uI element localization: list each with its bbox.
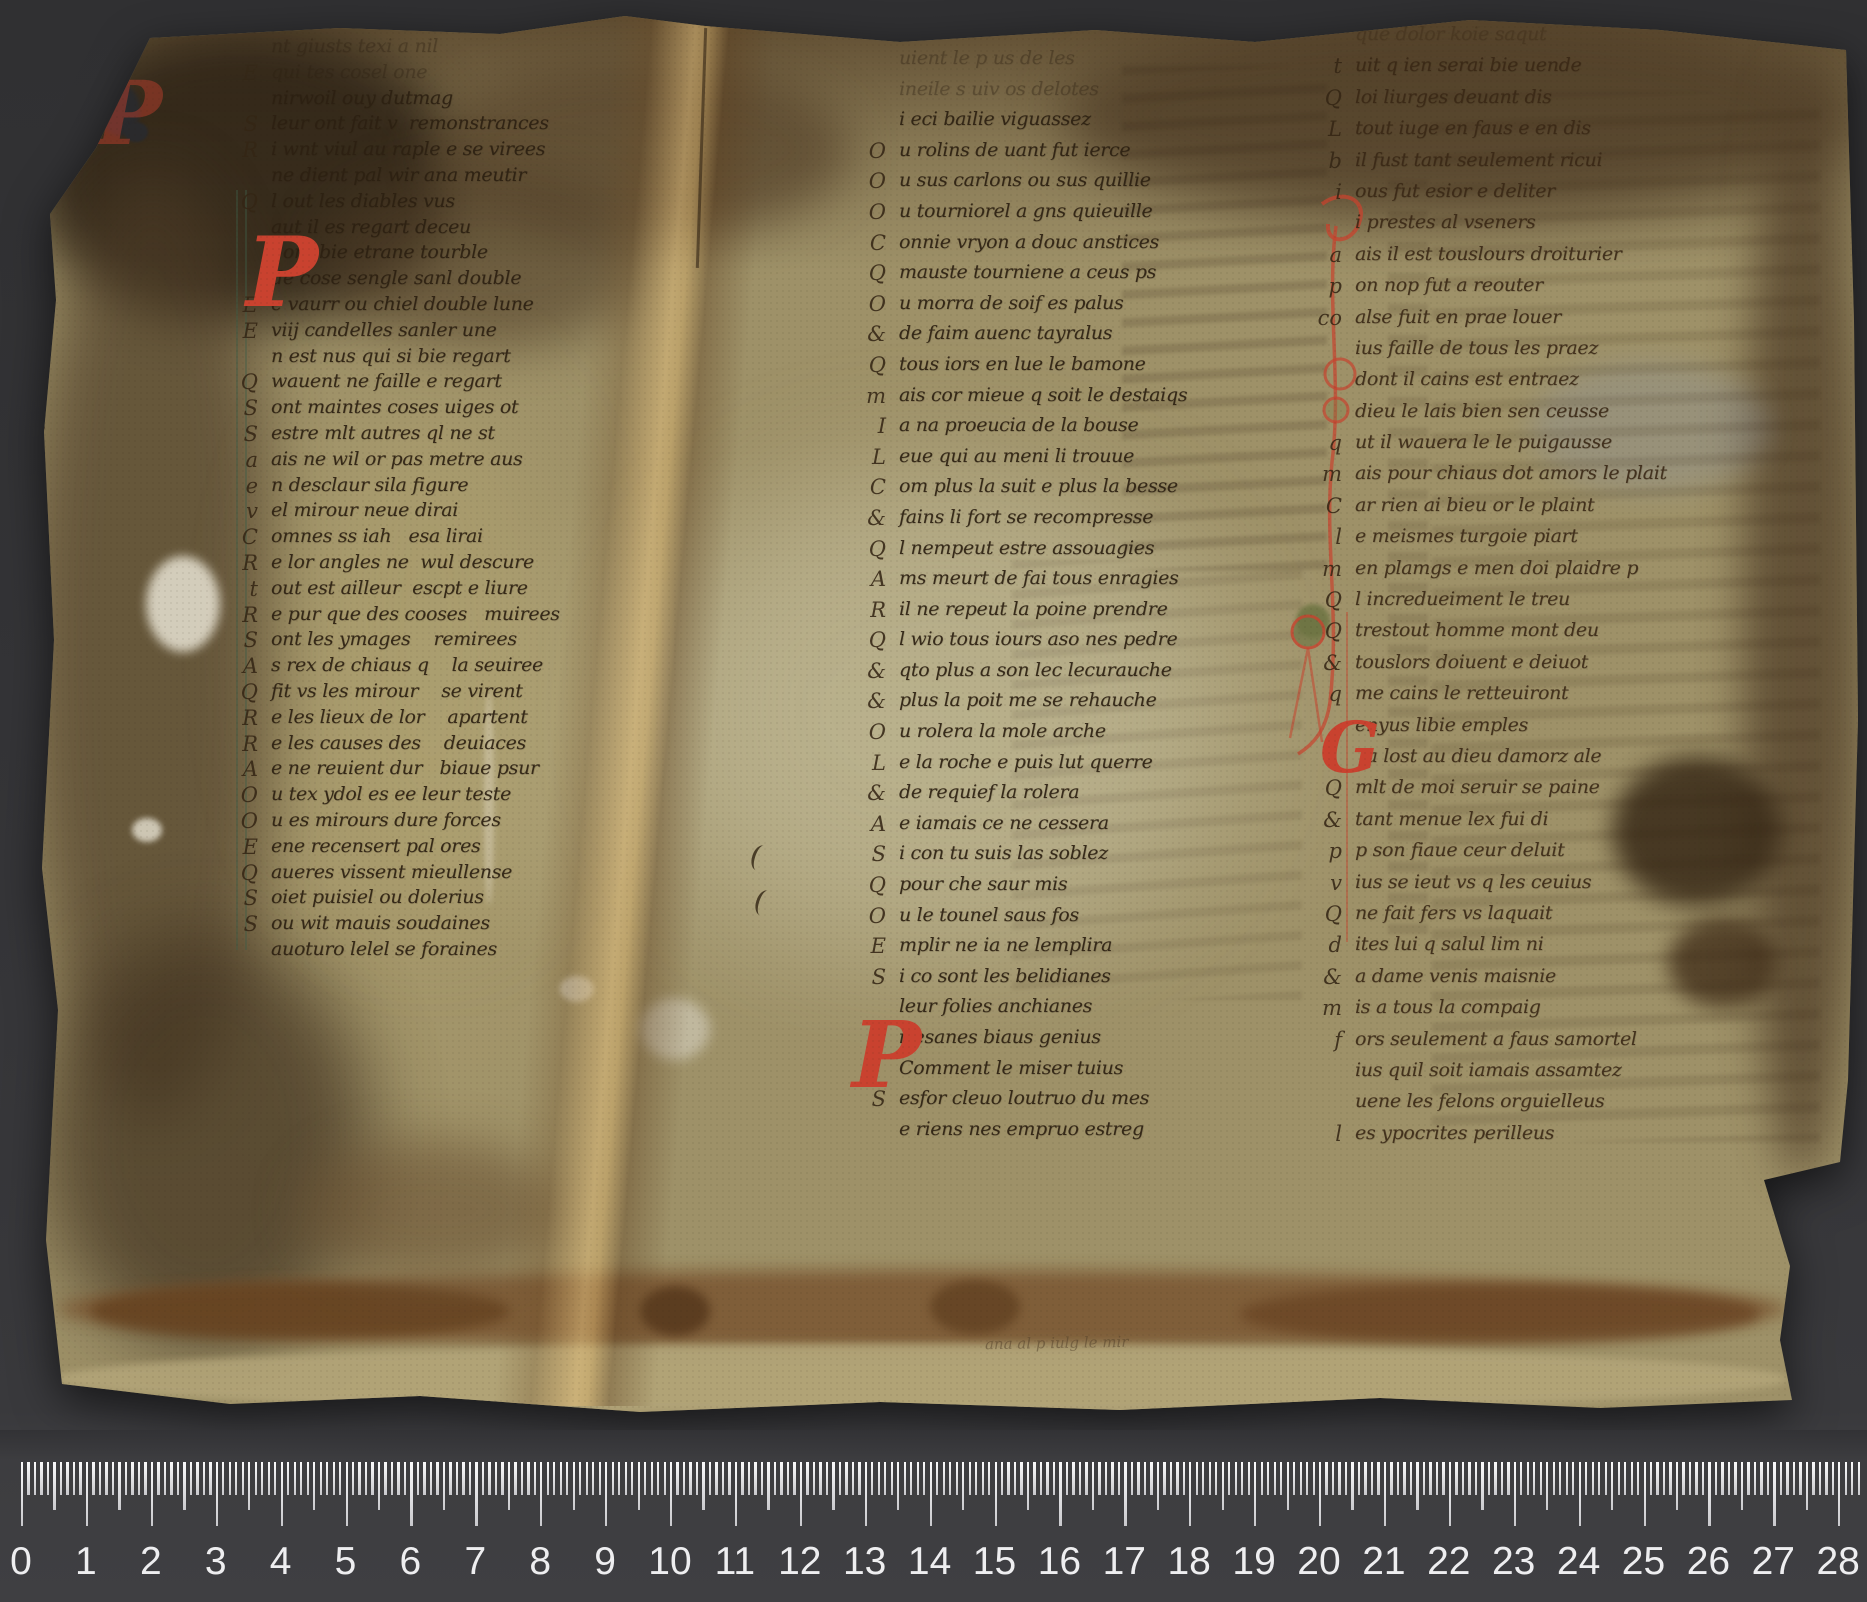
- ruler-tick: [1851, 1462, 1853, 1495]
- ruler-tick: [761, 1462, 763, 1495]
- ruler-tick: [540, 1462, 542, 1526]
- ruler-tick: [501, 1462, 503, 1495]
- ruler-tick: [1663, 1462, 1665, 1495]
- ruler-number: 6: [400, 1542, 422, 1581]
- ruler-tick: [1598, 1462, 1600, 1495]
- ruler-tick: [1825, 1462, 1827, 1495]
- edge-text-fragment: gut: [4, 176, 36, 195]
- ruler-tick: [806, 1462, 808, 1495]
- ruler-tick: [1150, 1462, 1152, 1495]
- ruler-tick: [1838, 1462, 1840, 1526]
- ruler-tick: [995, 1462, 997, 1526]
- ruler-tick: [930, 1462, 932, 1526]
- ruler-number: 23: [1492, 1542, 1535, 1581]
- ruler-tick: [352, 1462, 354, 1495]
- ruler-tick: [793, 1462, 795, 1495]
- ruler-tick: [1462, 1462, 1464, 1495]
- ruler-tick: [1721, 1462, 1723, 1495]
- ruler-tick: [1274, 1462, 1276, 1495]
- ruler-tick: [92, 1462, 94, 1495]
- ruler-tick: [1747, 1462, 1749, 1495]
- ruler-tick: [1475, 1462, 1477, 1495]
- ruler-tick: [1715, 1462, 1717, 1495]
- ruler-tick: [715, 1462, 717, 1495]
- ruler-tick: [79, 1462, 81, 1495]
- ruler-tick: [1345, 1462, 1347, 1495]
- ruler-tick: [670, 1462, 672, 1526]
- ruler-tick: [475, 1462, 477, 1526]
- ruler-tick: [1092, 1462, 1094, 1510]
- ruler-tick: [73, 1462, 75, 1495]
- ruler-tick: [754, 1462, 756, 1495]
- ruler-tick: [871, 1462, 873, 1495]
- ruler-tick: [780, 1462, 782, 1495]
- ruler-tick: [1209, 1462, 1211, 1495]
- ruler-tick: [255, 1462, 257, 1495]
- ruler-tick: [1033, 1462, 1035, 1495]
- ruler-number: 15: [973, 1542, 1016, 1581]
- ruler-tick: [1079, 1462, 1081, 1495]
- ruler-tick: [1105, 1462, 1107, 1495]
- ruler-tick: [1780, 1462, 1782, 1495]
- ruler-tick: [1267, 1462, 1269, 1495]
- ruler-tick: [1734, 1462, 1736, 1495]
- ruler-tick: [281, 1462, 283, 1526]
- ruler-tick: [1066, 1462, 1068, 1495]
- ruler-tick: [1001, 1462, 1003, 1495]
- ruler-tick: [1059, 1462, 1061, 1526]
- ruler-tick: [943, 1462, 945, 1495]
- ruler-tick: [1540, 1462, 1542, 1495]
- ruler-tick: [1293, 1462, 1295, 1495]
- ruler-tick: [1170, 1462, 1172, 1495]
- ruler-tick: [1773, 1462, 1775, 1526]
- ruler-tick: [1228, 1462, 1230, 1495]
- ruler-tick: [1624, 1462, 1626, 1495]
- ruler-tick: [1611, 1462, 1613, 1510]
- ruler-tick: [1481, 1462, 1483, 1510]
- ruler-tick: [1416, 1462, 1418, 1510]
- ruler-tick: [151, 1462, 153, 1526]
- ruler-tick: [1098, 1462, 1100, 1495]
- ruler-tick: [1085, 1462, 1087, 1495]
- ruler-tick: [105, 1462, 107, 1495]
- ruler-tick: [1708, 1462, 1710, 1526]
- ruler-tick: [1163, 1462, 1165, 1495]
- ruler-number: 17: [1103, 1542, 1146, 1581]
- ruler-tick: [1403, 1462, 1405, 1495]
- ruler-tick: [1514, 1462, 1516, 1526]
- ruler-tick: [657, 1462, 659, 1495]
- ruler-tick: [1501, 1462, 1503, 1495]
- ruler-tick: [1040, 1462, 1042, 1495]
- ruler-tick: [209, 1462, 211, 1495]
- ruler-number: 9: [594, 1542, 616, 1581]
- ruler-tick: [274, 1462, 276, 1495]
- ruler-tick: [268, 1462, 270, 1495]
- ruler-tick: [1533, 1462, 1535, 1495]
- ruler-tick: [404, 1462, 406, 1495]
- ruler-tick: [1319, 1462, 1321, 1526]
- ruler-tick: [1157, 1462, 1159, 1510]
- ruler-tick: [553, 1462, 555, 1495]
- parchment-sheet: nt giusts texi a nilEqui tes cosel oneni…: [0, 0, 1867, 1602]
- ruler-tick: [131, 1462, 133, 1495]
- ruler-tick: [443, 1462, 445, 1510]
- ruler-tick: [1695, 1462, 1697, 1495]
- ruler-tick: [592, 1462, 594, 1495]
- ruler-tick: [66, 1462, 68, 1495]
- ruler-number: 14: [908, 1542, 951, 1581]
- ruler-tick: [1520, 1462, 1522, 1495]
- ruler-tick: [183, 1462, 185, 1510]
- ruler-tick: [962, 1462, 964, 1510]
- ruler-tick: [1371, 1462, 1373, 1495]
- ruler-tick: [1858, 1462, 1860, 1495]
- ruler-tick: [1806, 1462, 1808, 1510]
- ruler-tick: [1338, 1462, 1340, 1495]
- ruler-number: 21: [1362, 1542, 1405, 1581]
- ruler: 0123456789101112131415161718192021222324…: [0, 1430, 1867, 1602]
- ruler-tick: [1682, 1462, 1684, 1495]
- ruler-tick: [936, 1462, 938, 1495]
- ruler-tick: [1845, 1462, 1847, 1495]
- ruler-tick: [1579, 1462, 1581, 1526]
- ruler-tick: [157, 1462, 159, 1495]
- ruler-tick: [884, 1462, 886, 1495]
- ruler-tick: [1760, 1462, 1762, 1495]
- ruler-tick: [676, 1462, 678, 1495]
- ruler-tick: [449, 1462, 451, 1495]
- ruler-tick: [605, 1462, 607, 1526]
- ruler-tick: [1072, 1462, 1074, 1495]
- ruler-number: 13: [843, 1542, 886, 1581]
- ruler-number: 8: [529, 1542, 551, 1581]
- parchment-grain: [0, 0, 1867, 1602]
- ruler-tick: [709, 1462, 711, 1495]
- ruler-tick: [300, 1462, 302, 1495]
- ruler-tick: [1637, 1462, 1639, 1495]
- ruler-tick: [547, 1462, 549, 1495]
- ruler-tick: [1553, 1462, 1555, 1495]
- ruler-tick: [638, 1462, 640, 1510]
- ruler-tick: [488, 1462, 490, 1495]
- ruler-tick: [1377, 1462, 1379, 1495]
- ruler-tick: [1754, 1462, 1756, 1495]
- ruler-tick: [579, 1462, 581, 1495]
- ruler-number: 24: [1557, 1542, 1600, 1581]
- ruler-tick: [975, 1462, 977, 1495]
- ruler-tick: [229, 1462, 231, 1495]
- ruler-tick: [767, 1462, 769, 1510]
- ruler-tick: [1436, 1462, 1438, 1495]
- ruler-tick: [741, 1462, 743, 1495]
- ruler-tick: [177, 1462, 179, 1495]
- ruler-tick: [99, 1462, 101, 1495]
- ruler-tick: [60, 1462, 62, 1495]
- ruler-tick: [287, 1462, 289, 1495]
- edge-text-fragment: iere: [4, 246, 42, 265]
- ruler-tick: [1027, 1462, 1029, 1510]
- ruler-tick: [326, 1462, 328, 1495]
- ruler-number: 0: [10, 1542, 32, 1581]
- ruler-tick: [566, 1462, 568, 1495]
- ruler-tick: [216, 1462, 218, 1526]
- ruler-tick: [865, 1462, 867, 1526]
- ruler-tick: [1222, 1462, 1224, 1510]
- ruler-number: 12: [778, 1542, 821, 1581]
- digitized-manuscript-photo: nt giusts texi a nilEqui tes cosel oneni…: [0, 0, 1867, 1602]
- ruler-tick: [1429, 1462, 1431, 1495]
- ruler-tick: [1007, 1462, 1009, 1495]
- ruler-tick: [118, 1462, 120, 1510]
- ruler-tick: [333, 1462, 335, 1495]
- ruler-number: 7: [464, 1542, 486, 1581]
- ruler-tick: [430, 1462, 432, 1495]
- ruler-number: 22: [1427, 1542, 1470, 1581]
- ruler-tick: [573, 1462, 575, 1510]
- ruler-tick: [852, 1462, 854, 1495]
- ruler-tick: [1014, 1462, 1016, 1495]
- ruler-tick: [1767, 1462, 1769, 1495]
- ruler-tick: [1306, 1462, 1308, 1495]
- ruler-tick: [722, 1462, 724, 1495]
- ruler-tick: [982, 1462, 984, 1495]
- ruler-tick: [1546, 1462, 1548, 1510]
- ruler-tick: [1118, 1462, 1120, 1495]
- ruler-tick: [261, 1462, 263, 1495]
- ruler-number: 11: [715, 1542, 756, 1581]
- ruler-tick: [631, 1462, 633, 1495]
- ruler-tick: [384, 1462, 386, 1495]
- ruler-tick: [800, 1462, 802, 1526]
- edge-text-fragment: bles: [4, 348, 43, 367]
- edge-text-fragment: e: [4, 282, 15, 301]
- ruler-tick: [417, 1462, 419, 1495]
- ruler-tick: [1799, 1462, 1801, 1495]
- ruler-tick: [423, 1462, 425, 1495]
- ruler-tick: [365, 1462, 367, 1495]
- ruler-tick: [1644, 1462, 1646, 1526]
- ruler-tick: [949, 1462, 951, 1495]
- ruler-tick: [320, 1462, 322, 1495]
- ruler-tick: [917, 1462, 919, 1495]
- edge-text-fragment: gnie: [4, 420, 46, 439]
- ruler-tick: [436, 1462, 438, 1495]
- ruler-tick: [1053, 1462, 1055, 1495]
- ruler-tick: [1287, 1462, 1289, 1510]
- ruler-tick: [1559, 1462, 1561, 1495]
- ruler-tick: [1507, 1462, 1509, 1495]
- ruler-tick: [1111, 1462, 1113, 1495]
- ruler-tick: [664, 1462, 666, 1495]
- ruler-tick: [683, 1462, 685, 1495]
- ruler-tick: [1384, 1462, 1386, 1526]
- ruler-tick: [86, 1462, 88, 1526]
- ruler-tick: [1468, 1462, 1470, 1495]
- ruler-tick: [235, 1462, 237, 1495]
- ruler-tick: [170, 1462, 172, 1495]
- ruler-tick: [144, 1462, 146, 1495]
- ruler-tick: [112, 1462, 114, 1495]
- ruler-number: 25: [1622, 1542, 1665, 1581]
- ruler-tick: [1455, 1462, 1457, 1495]
- ruler-tick: [826, 1462, 828, 1495]
- ruler-tick: [599, 1462, 601, 1495]
- parchment-surface: nt giusts texi a nilEqui tes cosel oneni…: [0, 0, 1867, 1602]
- ruler-tick: [1689, 1462, 1691, 1495]
- ruler-tick: [125, 1462, 127, 1495]
- ruler-tick: [1196, 1462, 1198, 1495]
- ruler-tick: [1364, 1462, 1366, 1495]
- ruler-tick: [923, 1462, 925, 1495]
- ruler-tick: [462, 1462, 464, 1495]
- edge-text-fragment: blez: [4, 382, 44, 401]
- ruler-tick: [774, 1462, 776, 1495]
- ruler-number: 16: [1038, 1542, 1081, 1581]
- stain: [66, 42, 124, 86]
- ruler-tick: [904, 1462, 906, 1495]
- ruler-tick: [1702, 1462, 1704, 1495]
- ruler-tick: [1137, 1462, 1139, 1495]
- ruler-tick: [969, 1462, 971, 1495]
- ruler-tick: [34, 1462, 36, 1495]
- edge-text-fragment: aeit: [4, 212, 40, 231]
- ruler-tick: [1572, 1462, 1574, 1495]
- ruler-tick: [378, 1462, 380, 1510]
- ruler-tick: [1605, 1462, 1607, 1495]
- ruler-tick: [839, 1462, 841, 1495]
- ruler-tick: [689, 1462, 691, 1495]
- ruler-number: 2: [140, 1542, 162, 1581]
- ruler-tick: [521, 1462, 523, 1495]
- ruler-tick: [1527, 1462, 1529, 1495]
- ruler-number: 10: [648, 1542, 691, 1581]
- ruler-tick: [1656, 1462, 1658, 1495]
- ruler-tick: [1358, 1462, 1360, 1495]
- ruler-tick: [138, 1462, 140, 1495]
- ruler-tick: [644, 1462, 646, 1495]
- ruler-tick: [40, 1462, 42, 1495]
- ruler-tick: [1631, 1462, 1633, 1495]
- ruler-tick: [1261, 1462, 1263, 1495]
- ruler-tick: [1046, 1462, 1048, 1495]
- ruler-number: 26: [1687, 1542, 1730, 1581]
- ruler-tick: [988, 1462, 990, 1495]
- ruler-tick: [1618, 1462, 1620, 1495]
- ruler-tick: [410, 1462, 412, 1526]
- ruler-tick: [294, 1462, 296, 1495]
- ruler-tick: [1144, 1462, 1146, 1495]
- ruler-tick: [1786, 1462, 1788, 1495]
- ruler-tick: [313, 1462, 315, 1510]
- ruler-number: 19: [1232, 1542, 1275, 1581]
- ruler-tick: [1300, 1462, 1302, 1495]
- ruler-tick: [222, 1462, 224, 1495]
- ruler-tick: [1397, 1462, 1399, 1495]
- ruler-tick: [514, 1462, 516, 1495]
- ruler-tick: [1351, 1462, 1353, 1510]
- ruler-tick: [1812, 1462, 1814, 1495]
- ruler-tick: [735, 1462, 737, 1526]
- ruler-tick: [1215, 1462, 1217, 1495]
- ruler-tick: [307, 1462, 309, 1495]
- ruler-tick: [696, 1462, 698, 1495]
- ruler-tick: [456, 1462, 458, 1495]
- ruler-tick: [469, 1462, 471, 1495]
- ruler-tick: [1488, 1462, 1490, 1495]
- ruler-tick: [1741, 1462, 1743, 1510]
- ruler-tick: [1124, 1462, 1126, 1526]
- ruler-tick: [586, 1462, 588, 1495]
- ruler-tick: [495, 1462, 497, 1495]
- ruler-tick: [832, 1462, 834, 1510]
- ruler-tick: [1566, 1462, 1568, 1495]
- ruler-number: 3: [205, 1542, 227, 1581]
- ruler-tick: [371, 1462, 373, 1495]
- ruler-tick: [1131, 1462, 1133, 1495]
- ruler-tick: [1176, 1462, 1178, 1495]
- ruler-tick: [1423, 1462, 1425, 1495]
- ruler-tick: [702, 1462, 704, 1510]
- ruler-tick: [1248, 1462, 1250, 1495]
- ruler-tick: [27, 1462, 29, 1495]
- ruler-number: 27: [1752, 1542, 1795, 1581]
- ruler-tick: [1020, 1462, 1022, 1495]
- ruler-tick: [339, 1462, 341, 1495]
- ruler-tick: [1585, 1462, 1587, 1495]
- ruler-tick: [482, 1462, 484, 1495]
- ruler-tick: [858, 1462, 860, 1495]
- ruler-tick: [527, 1462, 529, 1495]
- ruler-tick: [1325, 1462, 1327, 1495]
- ruler-tick: [47, 1462, 49, 1495]
- ruler-tick: [391, 1462, 393, 1495]
- ruler-tick: [508, 1462, 510, 1510]
- ruler-tick: [1410, 1462, 1412, 1495]
- ruler-tick: [1189, 1462, 1191, 1526]
- ruler-number: 5: [335, 1542, 357, 1581]
- ruler-tick: [728, 1462, 730, 1495]
- ruler-tick: [190, 1462, 192, 1495]
- ruler-tick: [1819, 1462, 1821, 1495]
- ruler-tick: [1280, 1462, 1282, 1495]
- ruler-tick: [358, 1462, 360, 1495]
- ruler-tick: [248, 1462, 250, 1510]
- ruler-tick: [346, 1462, 348, 1526]
- ruler-tick: [21, 1462, 23, 1526]
- ruler-number: 28: [1816, 1542, 1859, 1581]
- ruler-number: 4: [270, 1542, 292, 1581]
- ruler-tick: [625, 1462, 627, 1495]
- ruler-tick: [618, 1462, 620, 1495]
- ruler-tick: [813, 1462, 815, 1495]
- ruler-tick: [1650, 1462, 1652, 1495]
- ruler-tick: [1592, 1462, 1594, 1495]
- ruler-tick: [534, 1462, 536, 1495]
- ruler-tick: [1241, 1462, 1243, 1495]
- ruler-tick: [891, 1462, 893, 1495]
- ruler-tick: [203, 1462, 205, 1495]
- ruler-tick: [560, 1462, 562, 1495]
- ruler-tick: [787, 1462, 789, 1495]
- ruler-tick: [897, 1462, 899, 1510]
- ruler-number: 1: [75, 1542, 97, 1581]
- ruler-tick: [1449, 1462, 1451, 1526]
- ruler-tick: [1669, 1462, 1671, 1495]
- ruler-number: 20: [1297, 1542, 1340, 1581]
- ruler-tick: [164, 1462, 166, 1495]
